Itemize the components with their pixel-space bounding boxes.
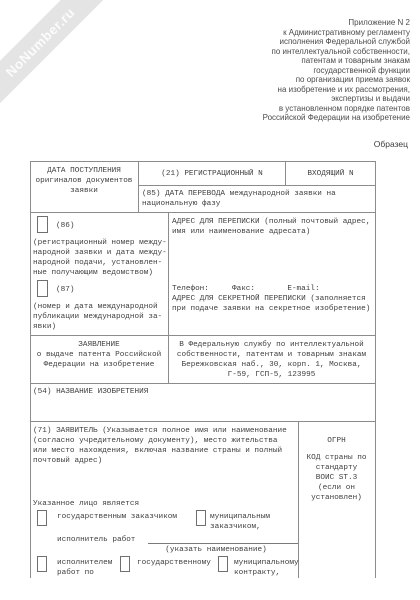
- country-code-caption: КОД страны по стандарту ВОИС ST.3 (если …: [299, 453, 374, 503]
- ogrn-label: ОГРН: [299, 436, 374, 446]
- watermark-text: NoNumber.ru: [3, 5, 78, 80]
- checkbox-municipal-contract[interactable]: [218, 556, 228, 572]
- regulation-reference-line: по организации приема заявок: [263, 75, 410, 85]
- table-grid-line: [30, 161, 375, 162]
- checkbox-state-contract[interactable]: [120, 556, 130, 572]
- municipal-customer-label: муниципальным заказчиком,: [210, 512, 270, 532]
- field-86-caption: (регистрационный номер между- народной з…: [33, 238, 167, 278]
- checkbox-executor[interactable]: [37, 556, 47, 572]
- document-page: NoNumber.ru Приложение N 2 к Администрат…: [0, 0, 420, 600]
- secret-address-label: АДРЕС ДЛЯ СЕКРЕТНОЙ ПЕРЕПИСКИ (заполняет…: [172, 294, 370, 314]
- executor-works-label: исполнитель работ: [57, 535, 135, 545]
- municipal-contract-label: муниципальному контракту,: [234, 558, 299, 578]
- date-receipt-cell: ДАТА ПОСТУПЛЕНИЯ оригиналов документов з…: [31, 166, 137, 196]
- date-receipt-line: оригиналов документов: [31, 176, 137, 186]
- person-is-label: Указанное лицо является: [33, 499, 139, 509]
- regulation-reference-line: на изобретение и их рассмотрения,: [263, 85, 410, 95]
- statement-title: ЗАЯВЛЕНИЕ о выдаче патента Российской Фе…: [31, 340, 167, 370]
- checkbox-86[interactable]: [37, 216, 48, 233]
- executor-name-field[interactable]: [148, 543, 298, 544]
- regulation-reference-line: Российской Федерации на изобретение: [263, 113, 410, 123]
- table-grid-line: [30, 421, 375, 422]
- table-grid-line: [30, 335, 375, 336]
- invention-title-label: (54) НАЗВАНИЕ ИЗОБРЕТЕНИЯ: [33, 387, 148, 397]
- correspondence-address-label: АДРЕС ДЛЯ ПЕРЕПИСКИ (полный почтовый адр…: [172, 217, 370, 237]
- date-receipt-line: заявки: [31, 186, 137, 196]
- regulation-reference-line: по интеллектуальной собственности,: [263, 47, 410, 57]
- watermark-banner: NoNumber.ru: [0, 0, 104, 106]
- regulation-reference-line: государственной функции: [263, 66, 410, 76]
- transfer-date-label: (85) ДАТА ПЕРЕВОДА международной заявки …: [142, 189, 336, 209]
- regulation-reference-line: в установленном порядке патентов: [263, 104, 410, 114]
- table-grid-line: [30, 212, 375, 213]
- contacts-line: Телефон: Факс: E-mail:: [172, 284, 320, 294]
- state-customer-label: государственным заказчиком: [57, 512, 177, 522]
- incoming-number-label: ВХОДЯЩИЙ N: [286, 169, 375, 179]
- checkbox-87[interactable]: [37, 280, 48, 297]
- sample-label: Образец: [374, 139, 408, 149]
- regulation-reference-line: экспертизы и выдачи: [263, 94, 410, 104]
- checkbox-municipal-customer[interactable]: [196, 510, 206, 526]
- table-grid-line: [30, 383, 375, 384]
- regulation-reference-line: Приложение N 2: [263, 18, 410, 28]
- table-grid-line: [138, 185, 375, 186]
- field-86-code: (86): [56, 221, 74, 231]
- regulation-reference-line: патентам и товарным знакам: [263, 56, 410, 66]
- regulation-reference-line: к Административному регламенту: [263, 28, 410, 38]
- table-grid-line: [375, 161, 376, 578]
- regulation-reference: Приложение N 2 к Административному регла…: [263, 18, 410, 123]
- office-address: В Федеральную службу по интеллектуальной…: [169, 340, 374, 380]
- specify-name-label: (указать наименование): [158, 545, 274, 555]
- applicant-caption: (71) ЗАЯВИТЕЛЬ (Указывается полное имя и…: [33, 426, 287, 466]
- field-87-caption: (номер и дата международной публикации м…: [33, 302, 162, 332]
- executor-label: исполнителем работ по: [57, 558, 112, 578]
- state-contract-label: государственному: [137, 558, 211, 568]
- checkbox-state-customer[interactable]: [37, 510, 47, 526]
- field-87-code: (87): [56, 285, 74, 295]
- date-receipt-line: ДАТА ПОСТУПЛЕНИЯ: [31, 166, 137, 176]
- regulation-reference-line: исполнения Федеральной службой: [263, 37, 410, 47]
- registration-number-label: (21) РЕГИСТРАЦИОННЫЙ N: [139, 169, 285, 179]
